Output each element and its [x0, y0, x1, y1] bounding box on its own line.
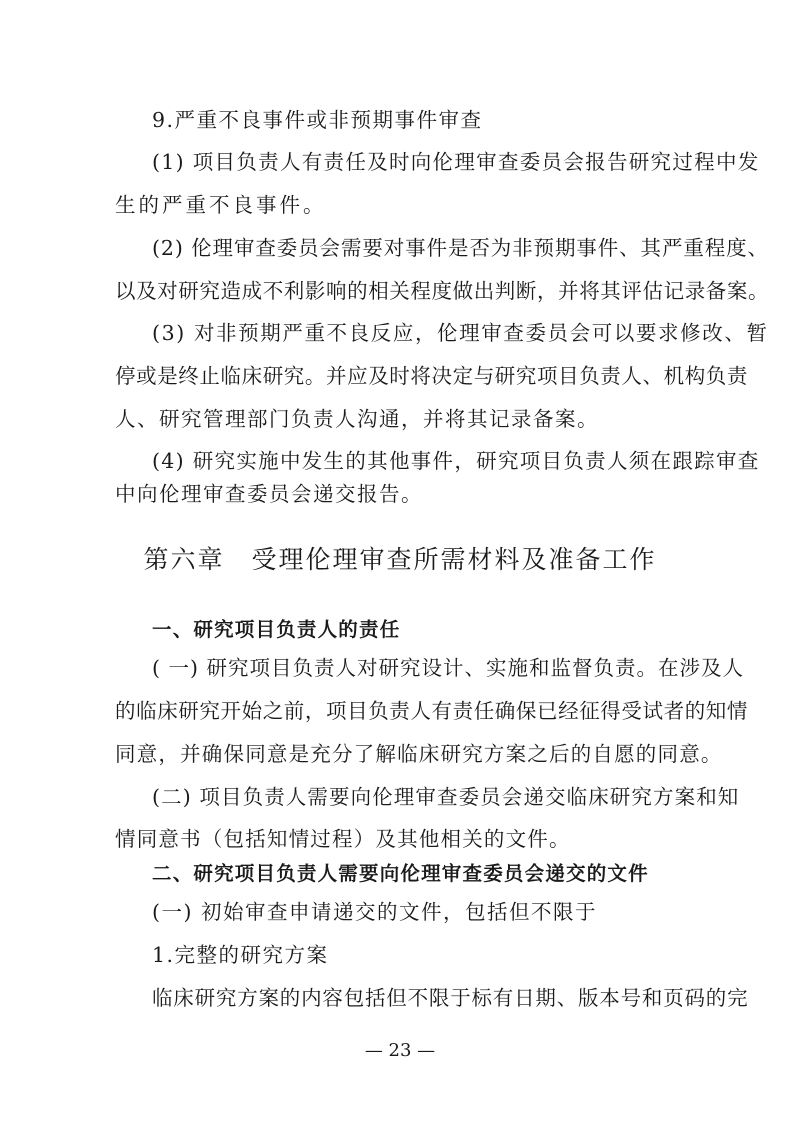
paragraph-line: (3) 对非预期严重不良反应，伦理审查委员会可以要求修改、暂	[152, 320, 732, 346]
chapter-title: 第六章 受理伦理审查所需材料及准备工作	[0, 540, 800, 576]
page-number: — 23 —	[0, 1040, 800, 1061]
paragraph-line: (二) 项目负责人需要向伦理审查委员会递交临床研究方案和知	[152, 784, 732, 810]
section-heading-1: 一、研究项目负责人的责任	[152, 614, 400, 642]
document-page: 9.严重不良事件或非预期事件审查 (1) 项目负责人有责任及时向伦理审查委员会报…	[0, 0, 800, 1131]
subsection-heading-1: 1.完整的研究方案	[152, 942, 732, 968]
paragraph-line: (2) 伦理审查委员会需要对事件是否为非预期事件、其严重程度、	[152, 235, 732, 261]
paragraph-line: 的临床研究开始之前，项目负责人有责任确保已经征得受试者的知情	[115, 698, 695, 724]
paragraph-line: 人、研究管理部门负责人沟通，并将其记录备案。	[115, 406, 695, 432]
paragraph-line: 同意，并确保同意是充分了解临床研究方案之后的自愿的同意。	[115, 741, 695, 767]
paragraph-line: 停或是终止临床研究。并应及时将决定与研究项目负责人、机构负责	[115, 363, 695, 389]
paragraph-line: (1) 项目负责人有责任及时向伦理审查委员会报告研究过程中发	[152, 149, 697, 175]
section-heading-2: 二、研究项目负责人需要向伦理审查委员会递交的文件	[152, 858, 649, 886]
paragraph-line: 生的严重不良事件。	[115, 192, 695, 218]
paragraph-line: 临床研究方案的内容包括但不限于标有日期、版本号和页码的完	[152, 985, 697, 1011]
paragraph-line: 情同意书（包括知情过程）及其他相关的文件。	[115, 826, 695, 852]
paragraph-line: 以及对研究造成不利影响的相关程度做出判断，并将其评估记录备案。	[115, 278, 695, 304]
paragraph-line: (一) 初始审查申请递交的文件，包括但不限于	[152, 899, 732, 925]
paragraph-line: (4) 研究实施中发生的其他事件，研究项目负责人须在跟踪审查	[152, 448, 732, 474]
paragraph-line: 中向伦理审查委员会递交报告。	[115, 481, 695, 507]
subsection-heading-9: 9.严重不良事件或非预期事件审查	[152, 107, 732, 133]
paragraph-line: ( 一) 研究项目负责人对研究设计、实施和监督负责。在涉及人	[152, 655, 732, 681]
